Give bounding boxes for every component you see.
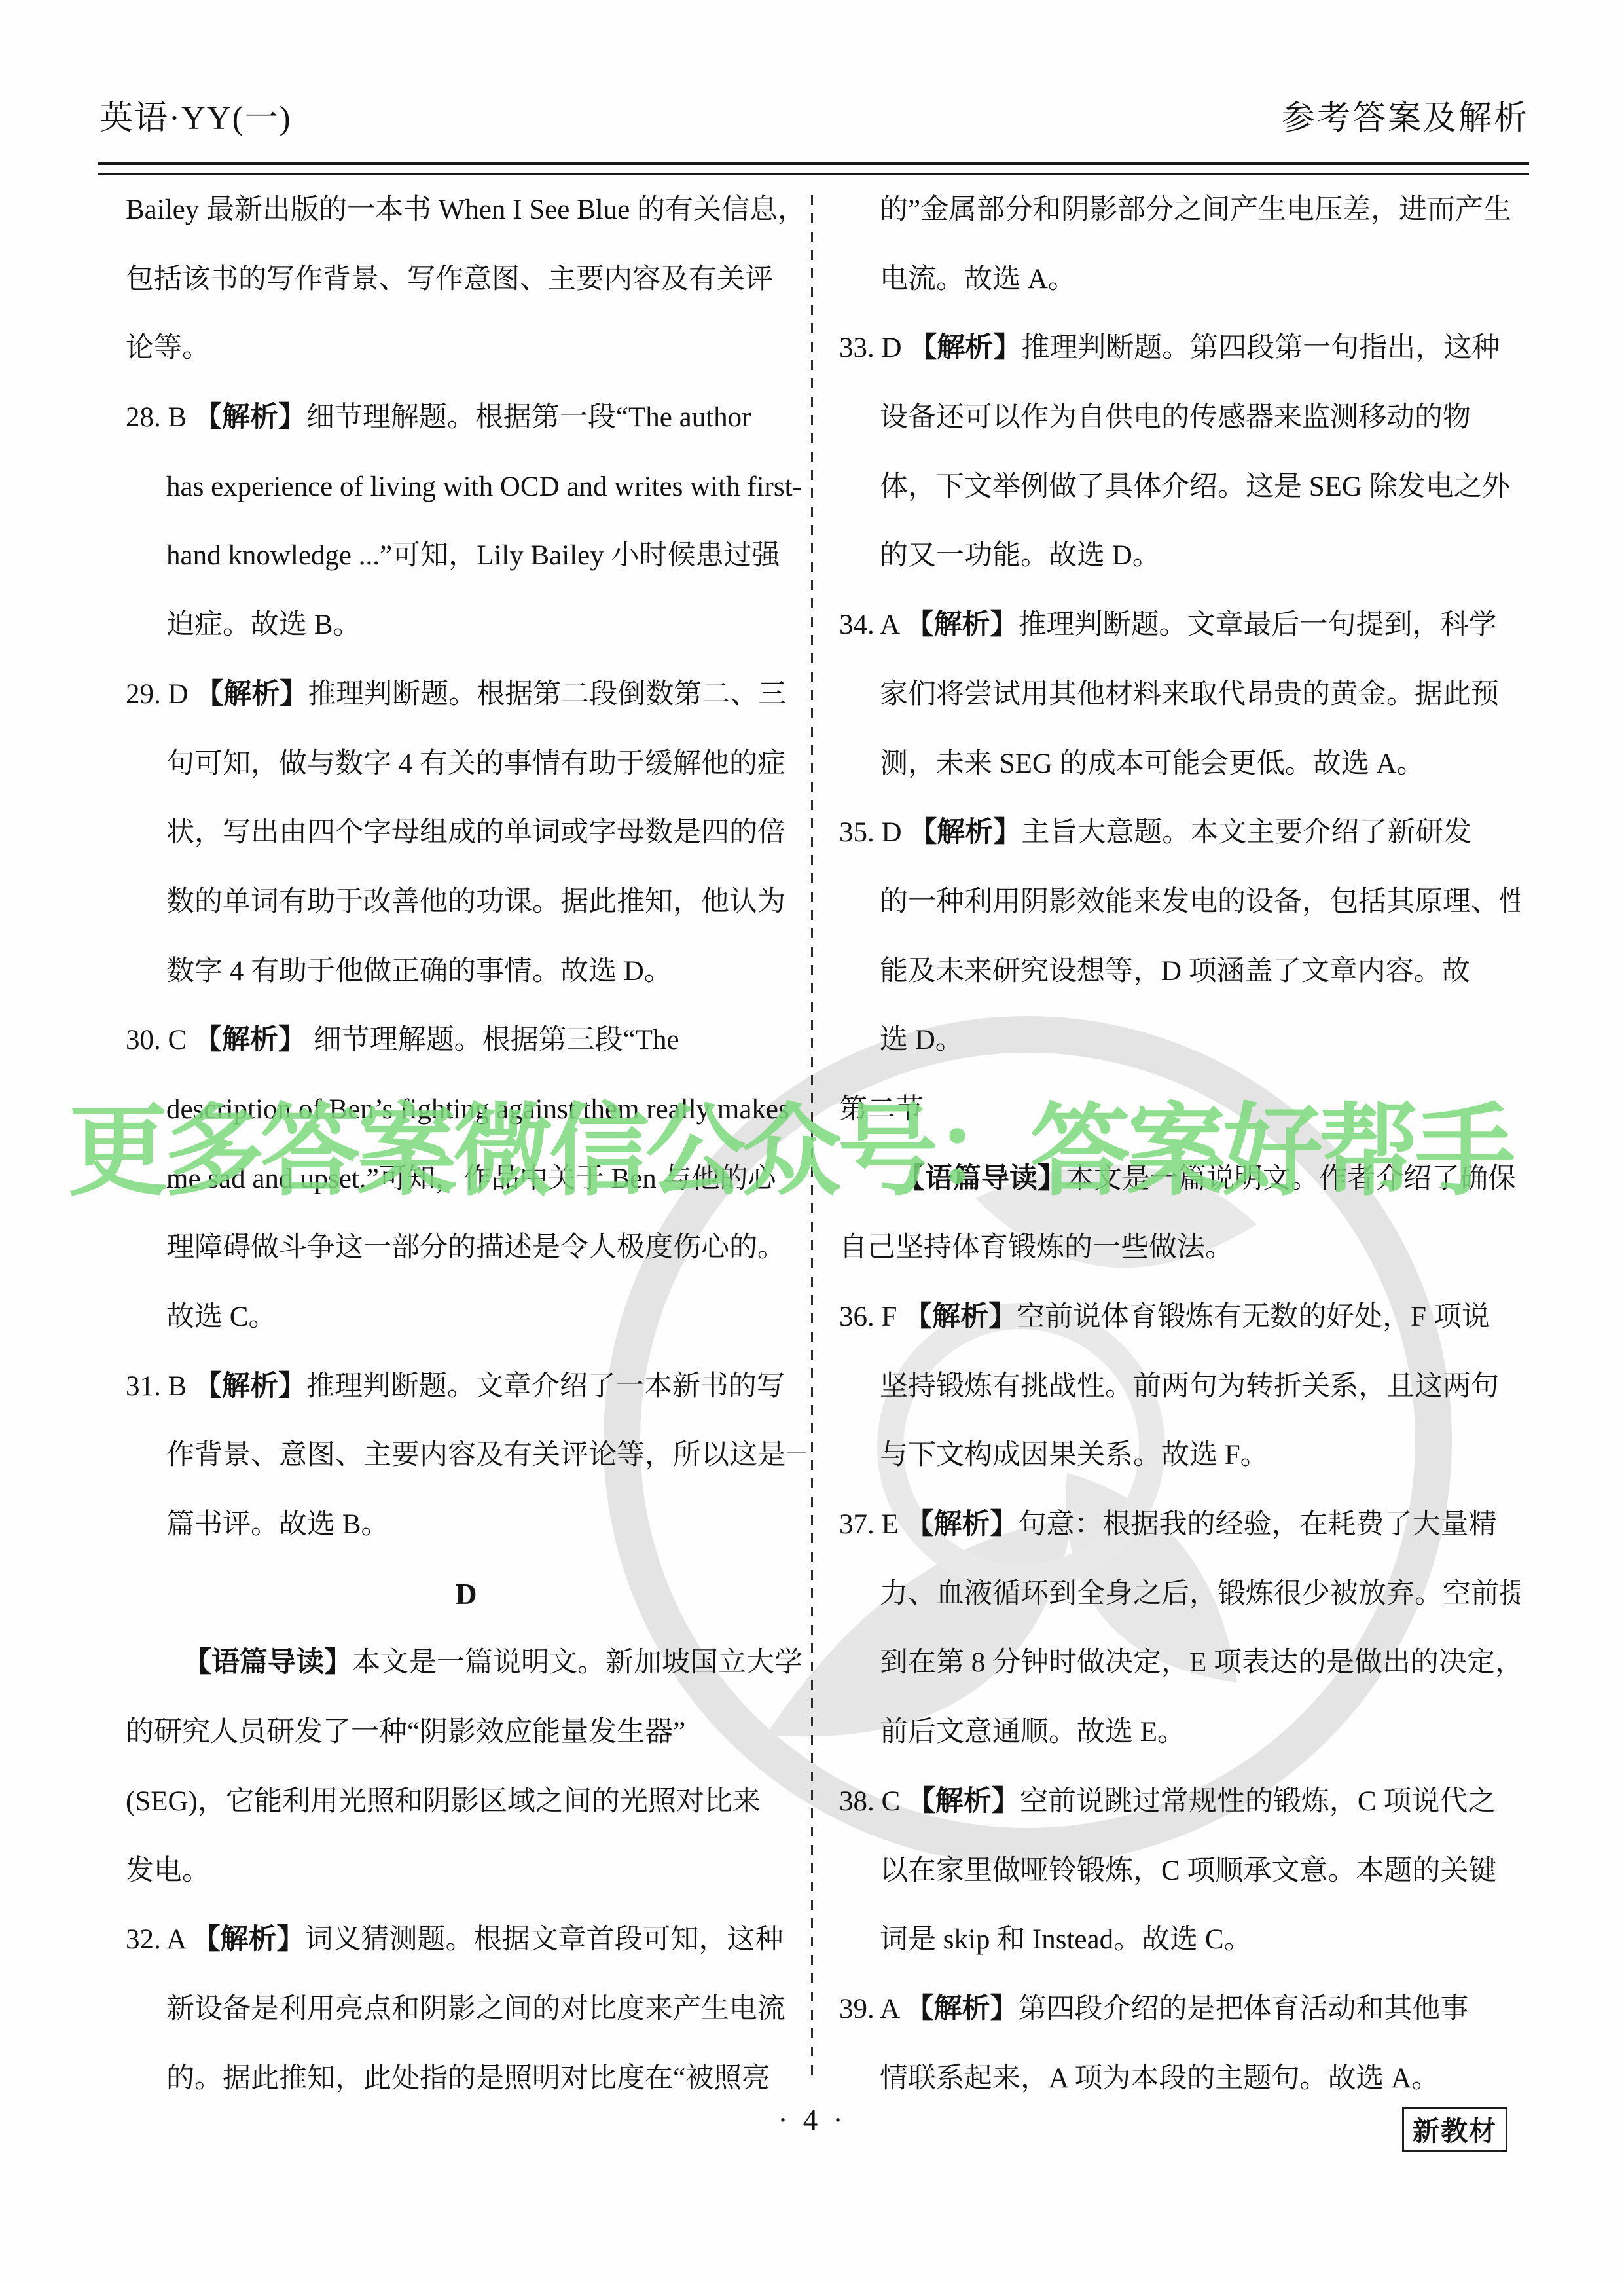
page-title: 英语·YY(一) — [99, 90, 292, 139]
text-line: 的一种利用阴影效能来发电的设备，包括其原理、性 — [839, 868, 1520, 937]
text-line: 与下文构成因果关系。故选 F。 — [839, 1421, 1520, 1490]
header-divider-rule — [98, 162, 1529, 175]
text-line: me sad and upset.”可知，作品中关于 Ben 与他的心 — [126, 1144, 806, 1214]
header-answer-title: 参考答案及解析 — [1282, 90, 1529, 139]
left-column: Bailey 最新出版的一本书 When I See Blue 的有关信息，包括… — [126, 175, 806, 2113]
text-line: 34. A 【解析】推理判断题。文章最后一句提到，科学 — [839, 591, 1520, 660]
text-line: 新设备是利用亮点和阴影之间的对比度来产生电流 — [126, 1975, 806, 2044]
text-line: 前后文意通顺。故选 E。 — [839, 1698, 1520, 1767]
text-line: 测，未来 SEG 的成本可能会更低。故选 A。 — [839, 729, 1520, 799]
text-line: 第二节 — [839, 1075, 1520, 1144]
answer-key-page: 英语·YY(一) 参考答案及解析 Bailey 最新出版的一本书 When I … — [0, 0, 1624, 2283]
text-line: 体，下文举例做了具体介绍。这是 SEG 除发电之外 — [839, 452, 1520, 522]
text-line: 【语篇导读】本文是一篇说明文。新加坡国立大学 — [126, 1628, 806, 1698]
text-line: 33. D 【解析】推理判断题。第四段第一句指出，这种 — [839, 314, 1520, 383]
text-line: 篇书评。故选 B。 — [126, 1490, 806, 1560]
text-line: 理障碍做斗争这一部分的描述是令人极度伤心的。 — [126, 1213, 806, 1283]
text-line: has experience of living with OCD and wr… — [126, 452, 806, 522]
text-line: (SEG)，它能利用光照和阴影区域之间的光照对比来 — [126, 1767, 806, 1836]
text-line: 情联系起来，A 项为本段的主题句。故选 A。 — [839, 2044, 1520, 2113]
column-divider-dashed-line — [811, 195, 813, 2083]
text-line: 32. A 【解析】词义猜测题。根据文章首段可知，这种 — [126, 1905, 806, 1975]
text-line: 设备还可以作为自供电的传感器来监测移动的物 — [839, 383, 1520, 452]
text-line: description of Ben’s fighting against th… — [126, 1075, 806, 1144]
text-line: 28. B 【解析】细节理解题。根据第一段“The author — [126, 383, 806, 452]
text-line: 的研究人员研发了一种“阴影效应能量发生器” — [126, 1698, 806, 1767]
text-line: 31. B 【解析】推理判断题。文章介绍了一本新书的写 — [126, 1352, 806, 1421]
text-line: 自己坚持体育锻炼的一些做法。 — [839, 1213, 1520, 1283]
text-line: 38. C 【解析】空前说跳过常规性的锻炼，C 项说代之 — [839, 1767, 1520, 1836]
text-line: 【语篇导读】本文是一篇说明文。作者介绍了确保 — [839, 1144, 1520, 1214]
text-line: Bailey 最新出版的一本书 When I See Blue 的有关信息， — [126, 175, 806, 245]
text-line: 能及未来研究设想等，D 项涵盖了文章内容。故 — [839, 937, 1520, 1006]
text-line: 状，写出由四个字母组成的单词或字母数是四的倍 — [126, 798, 806, 868]
text-line: 30. C 【解析】 细节理解题。根据第三段“The — [126, 1006, 806, 1075]
text-line: 力、血液循环到全身之后，锻炼很少被放弃。空前提 — [839, 1560, 1520, 1629]
text-line: 句可知，做与数字 4 有关的事情有助于缓解他的症 — [126, 729, 806, 799]
text-line: 电流。故选 A。 — [839, 245, 1520, 314]
text-line: 发电。 — [126, 1836, 806, 1906]
text-line: hand knowledge ...”可知，Lily Bailey 小时候患过强 — [126, 521, 806, 591]
text-line: 词是 skip 和 Instead。故选 C。 — [839, 1905, 1520, 1975]
text-line: 数的单词有助于改善他的功课。据此推知，他认为 — [126, 868, 806, 937]
text-line: 39. A 【解析】第四段介绍的是把体育活动和其他事 — [839, 1975, 1520, 2044]
text-line: 数字 4 有助于他做正确的事情。故选 D。 — [126, 937, 806, 1006]
right-column: 的”金属部分和阴影部分之间产生电压差，进而产生电流。故选 A。33. D 【解析… — [839, 175, 1520, 2113]
text-line: 29. D 【解析】推理判断题。根据第二段倒数第二、三 — [126, 660, 806, 729]
text-line: 36. F 【解析】空前说体育锻炼有无数的好处，F 项说 — [839, 1283, 1520, 1352]
text-line: D — [126, 1560, 806, 1629]
text-line: 家们将尝试用其他材料来取代昂贵的黄金。据此预 — [839, 660, 1520, 729]
page-number: · 4 · — [727, 2103, 897, 2137]
text-line: 的又一功能。故选 D。 — [839, 521, 1520, 591]
text-line: 的”金属部分和阴影部分之间产生电压差，进而产生 — [839, 175, 1520, 245]
text-line: 以在家里做哑铃锻炼，C 项顺承文意。本题的关键 — [839, 1836, 1520, 1906]
text-line: 论等。 — [126, 314, 806, 383]
edition-badge: 新教材 — [1402, 2107, 1507, 2152]
text-line: 包括该书的写作背景、写作意图、主要内容及有关评 — [126, 245, 806, 314]
text-line: 35. D 【解析】主旨大意题。本文主要介绍了新研发 — [839, 798, 1520, 868]
text-line: 的。据此推知，此处指的是照明对比度在“被照亮 — [126, 2044, 806, 2113]
text-line: 坚持锻炼有挑战性。前两句为转折关系，且这两句 — [839, 1352, 1520, 1421]
text-line: 37. E 【解析】句意：根据我的经验，在耗费了大量精 — [839, 1490, 1520, 1560]
text-line: 迫症。故选 B。 — [126, 591, 806, 660]
text-line: 故选 C。 — [126, 1283, 806, 1352]
text-line: 到在第 8 分钟时做决定，E 项表达的是做出的决定， — [839, 1628, 1520, 1698]
text-line: 选 D。 — [839, 1006, 1520, 1075]
page-header: 英语·YY(一) 参考答案及解析 — [99, 90, 1529, 139]
text-line: 作背景、意图、主要内容及有关评论等，所以这是一 — [126, 1421, 806, 1490]
